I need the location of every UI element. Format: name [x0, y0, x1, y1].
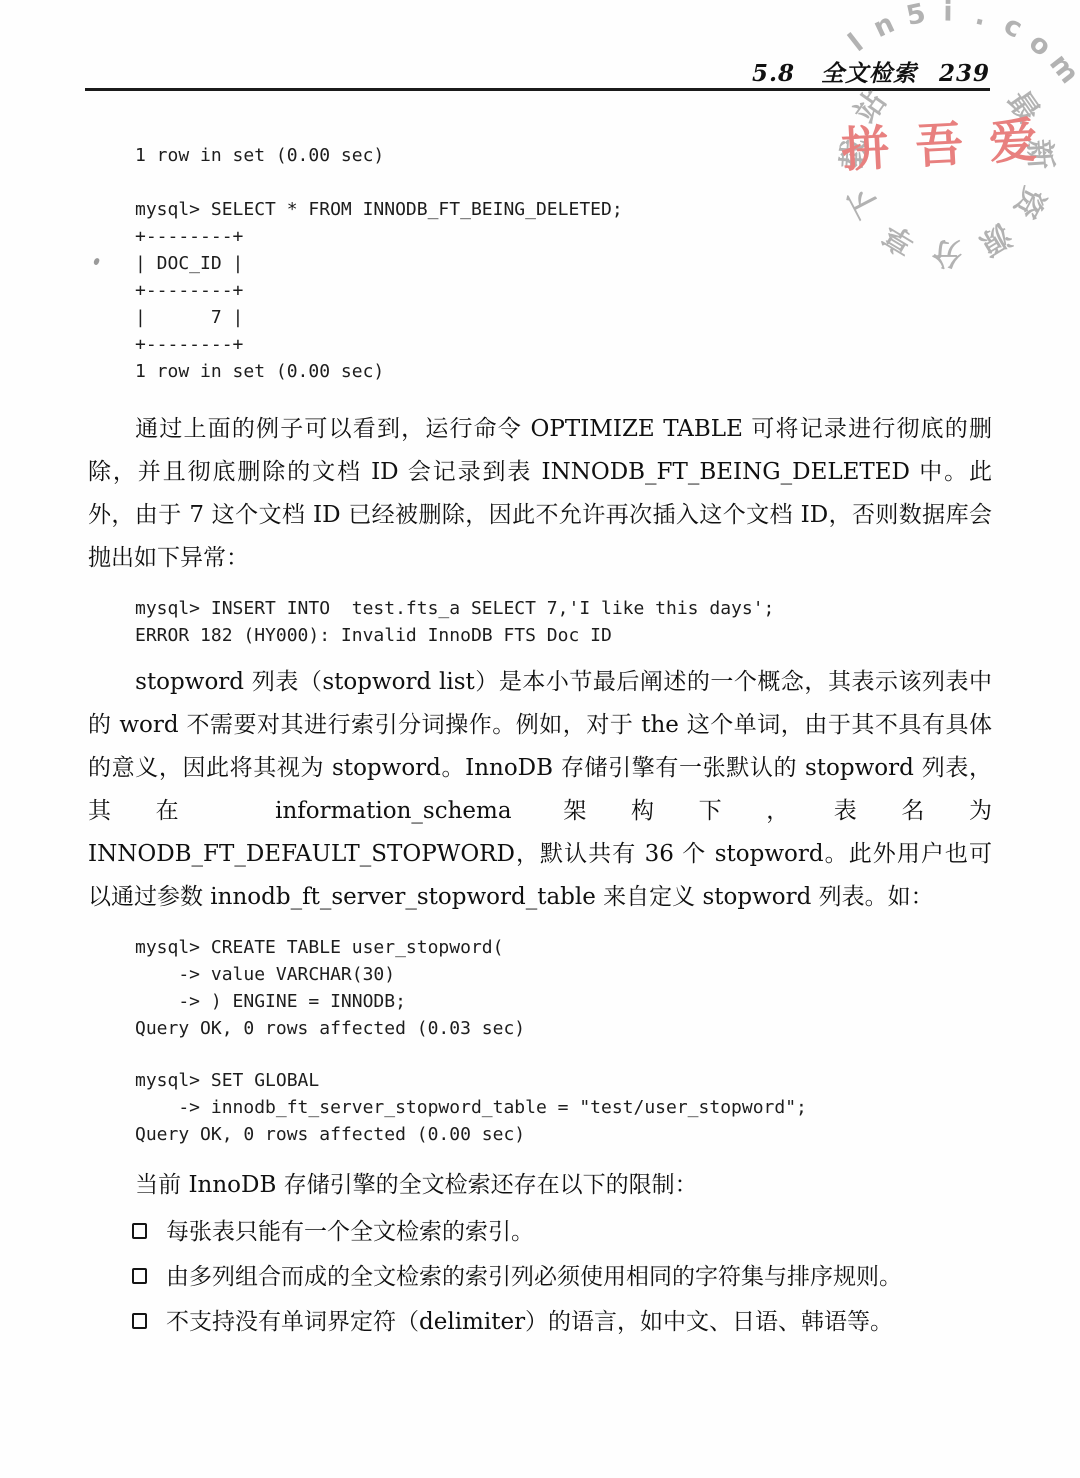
watermark-glyph: 5 — [903, 0, 928, 33]
code-block-create-stopword-table: mysql> CREATE TABLE user_stopword( -> va… — [135, 934, 992, 1042]
watermark-glyph: o — [1023, 27, 1057, 63]
book-page: 5.8全文检索239 ln5i.com最新资源分享下载站 拼吾爱 1 row i… — [0, 0, 1080, 1478]
code-block-set-global-stopword: mysql> SET GLOBAL -> innodb_ft_server_st… — [135, 1067, 992, 1148]
code-block-select-being-deleted: 1 row in set (0.00 sec) mysql> SELECT * … — [135, 142, 992, 385]
limitation-item: 不支持没有单词界定符（delimiter）的语言，如中文、日语、韩语等。 — [88, 1301, 992, 1344]
header-rule — [85, 88, 990, 91]
limitation-text: 由多列组合而成的全文检索的索引列必须使用相同的字符集与排序规则。 — [166, 1264, 902, 1290]
watermark-glyph: m — [1043, 48, 1080, 89]
watermark-glyph: n — [869, 8, 900, 44]
paragraph-optimize-table: 通过上面的例子可以看到，运行命令 OPTIMIZE TABLE 可将记录进行彻底… — [88, 408, 992, 580]
page-body: 1 row in set (0.00 sec) mysql> SELECT * … — [88, 100, 992, 1344]
limitations-list: 每张表只能有一个全文检索的索引。 由多列组合而成的全文检索的索引列必须使用相同的… — [88, 1211, 992, 1344]
hollow-square-bullet-icon — [132, 1223, 147, 1239]
watermark-glyph: 资 — [1006, 181, 1059, 228]
running-head: 5.8全文检索239 — [85, 55, 990, 88]
watermark-glyph: i — [944, 0, 954, 28]
watermark-glyph: . — [973, 0, 990, 32]
watermark-glyph: 新 — [1020, 137, 1066, 170]
paragraph-stopword: stopword 列表（stopword list）是本小节最后阐述的一个概念，… — [88, 661, 992, 919]
watermark-glyph: 最 — [999, 80, 1052, 130]
section-title: 全文检索 — [821, 60, 917, 87]
code-block-insert-error: mysql> INSERT INTO test.fts_a SELECT 7,'… — [135, 595, 992, 649]
limitation-item: 每张表只能有一个全文检索的索引。 — [88, 1211, 992, 1254]
limitations-intro: 当前 InnoDB 存储引擎的全文检索还存在以下的限制： — [88, 1164, 992, 1207]
watermark-glyph: l — [843, 28, 869, 58]
hollow-square-bullet-icon — [132, 1268, 147, 1284]
limitation-text: 每张表只能有一个全文检索的索引。 — [166, 1219, 534, 1245]
limitation-item: 由多列组合而成的全文检索的索引列必须使用相同的字符集与排序规则。 — [88, 1256, 992, 1299]
watermark-glyph: c — [998, 10, 1026, 45]
hollow-square-bullet-icon — [132, 1313, 147, 1329]
section-number: 5.8 — [752, 60, 795, 87]
page-number: 239 — [939, 60, 990, 87]
limitation-text: 不支持没有单词界定符（delimiter）的语言，如中文、日语、韩语等。 — [166, 1309, 893, 1335]
